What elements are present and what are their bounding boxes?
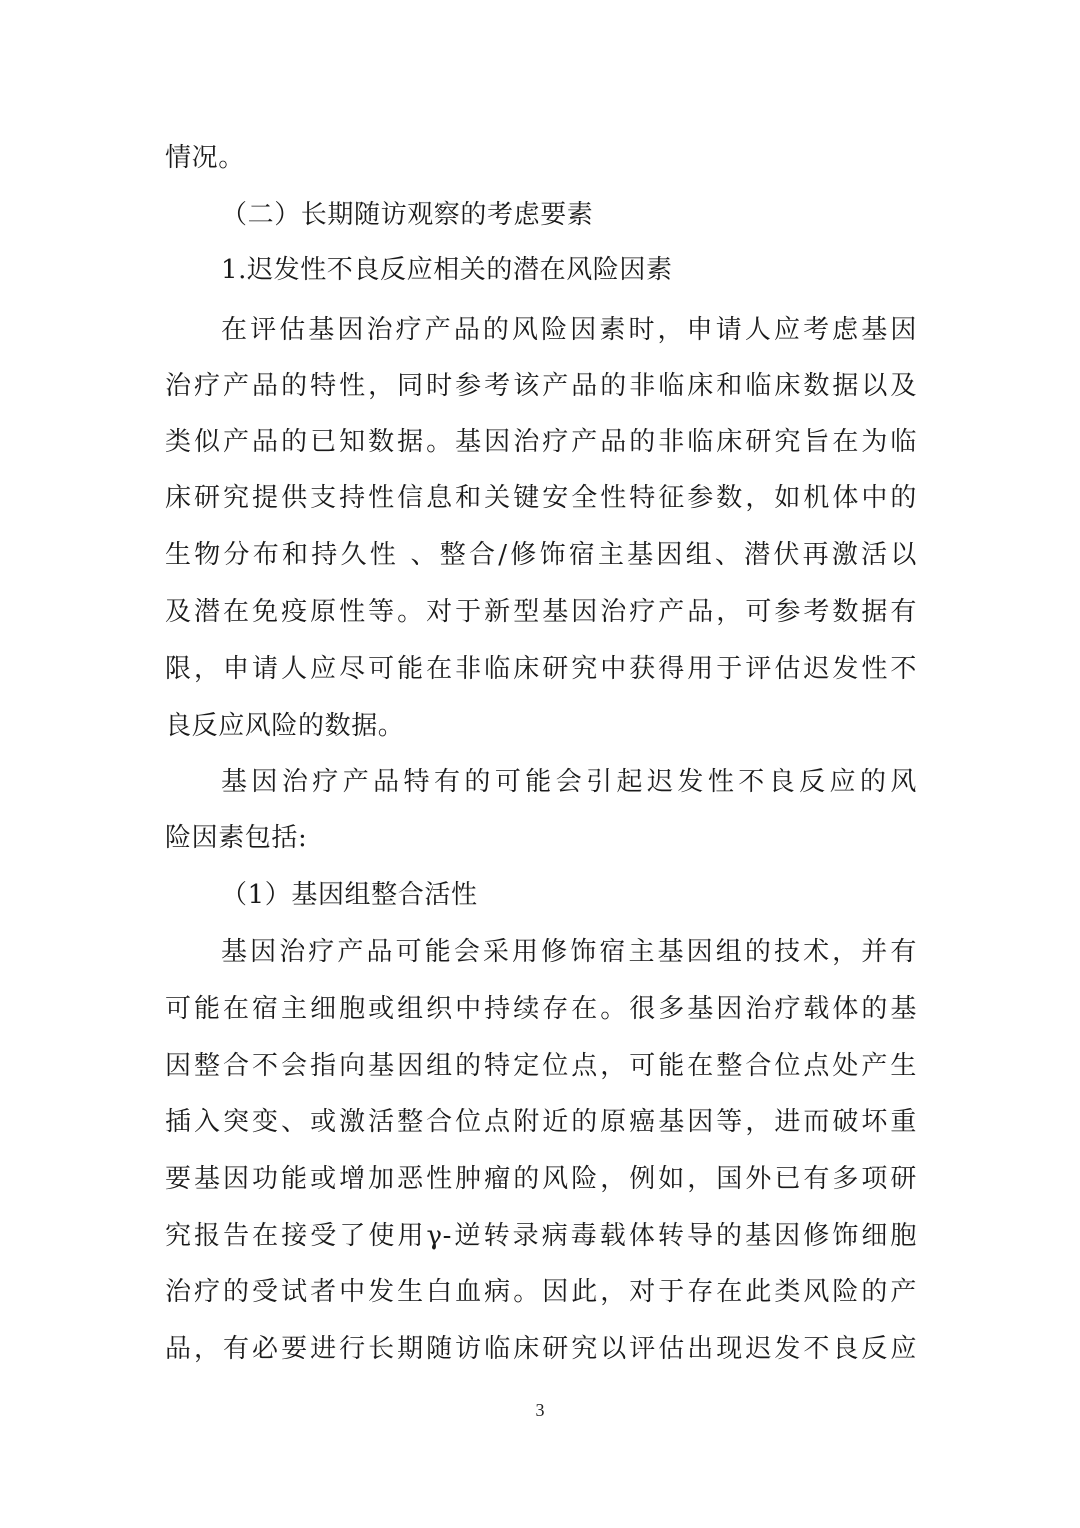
document-page: 情况。 （二）长期随访观察的考虑要素 1.迟发性不良反应相关的潜在风险因素 在评… <box>0 0 1080 1528</box>
paragraph-line: 在评估基因治疗产品的风险因素时，申请人应考虑基因 <box>221 310 917 350</box>
paragraph-line: 要基因功能或增加恶性肿瘤的风险，例如，国外已有多项研 <box>165 1159 917 1199</box>
text-line-continuation: 情况。 <box>165 138 917 178</box>
paragraph-line: 限，申请人应尽可能在非临床研究中获得用于评估迟发性不 <box>165 649 917 689</box>
paragraph-line: 险因素包括: <box>165 818 917 858</box>
paragraph-line: 床研究提供支持性信息和关键安全性特征参数，如机体中的 <box>165 478 917 518</box>
subsection-heading: 1.迟发性不良反应相关的潜在风险因素 <box>221 250 917 290</box>
paragraph-line: 治疗产品的特性，同时参考该产品的非临床和临床数据以及 <box>165 366 917 406</box>
paragraph-line: 治疗的受试者中发生白血病。因此，对于存在此类风险的产 <box>165 1272 917 1312</box>
paragraph-line: 究报告在接受了使用γ-逆转录病毒载体转导的基因修饰细胞 <box>165 1216 917 1256</box>
paragraph-line: 类似产品的已知数据。基因治疗产品的非临床研究旨在为临 <box>165 422 917 462</box>
paragraph-line: 生物分布和持久性 、整合/修饰宿主基因组、潜伏再激活以 <box>165 535 917 575</box>
paragraph-line: 可能在宿主细胞或组织中持续存在。很多基因治疗载体的基 <box>165 989 917 1029</box>
paragraph-line: 因整合不会指向基因组的特定位点，可能在整合位点处产生 <box>165 1046 917 1086</box>
item-heading: （1）基因组整合活性 <box>221 875 917 915</box>
paragraph-line: 插入突变、或激活整合位点附近的原癌基因等，进而破坏重 <box>165 1102 917 1142</box>
paragraph-line: 品，有必要进行长期随访临床研究以评估出现迟发不良反应 <box>165 1329 917 1369</box>
paragraph-line: 及潜在免疫原性等。对于新型基因治疗产品，可参考数据有 <box>165 592 917 632</box>
paragraph-line: 基因治疗产品可能会采用修饰宿主基因组的技术，并有 <box>221 932 917 972</box>
page-number: 3 <box>0 1400 1080 1421</box>
section-heading: （二）长期随访观察的考虑要素 <box>221 195 917 235</box>
paragraph-line: 良反应风险的数据。 <box>165 706 917 746</box>
paragraph-line: 基因治疗产品特有的可能会引起迟发性不良反应的风 <box>221 762 917 802</box>
